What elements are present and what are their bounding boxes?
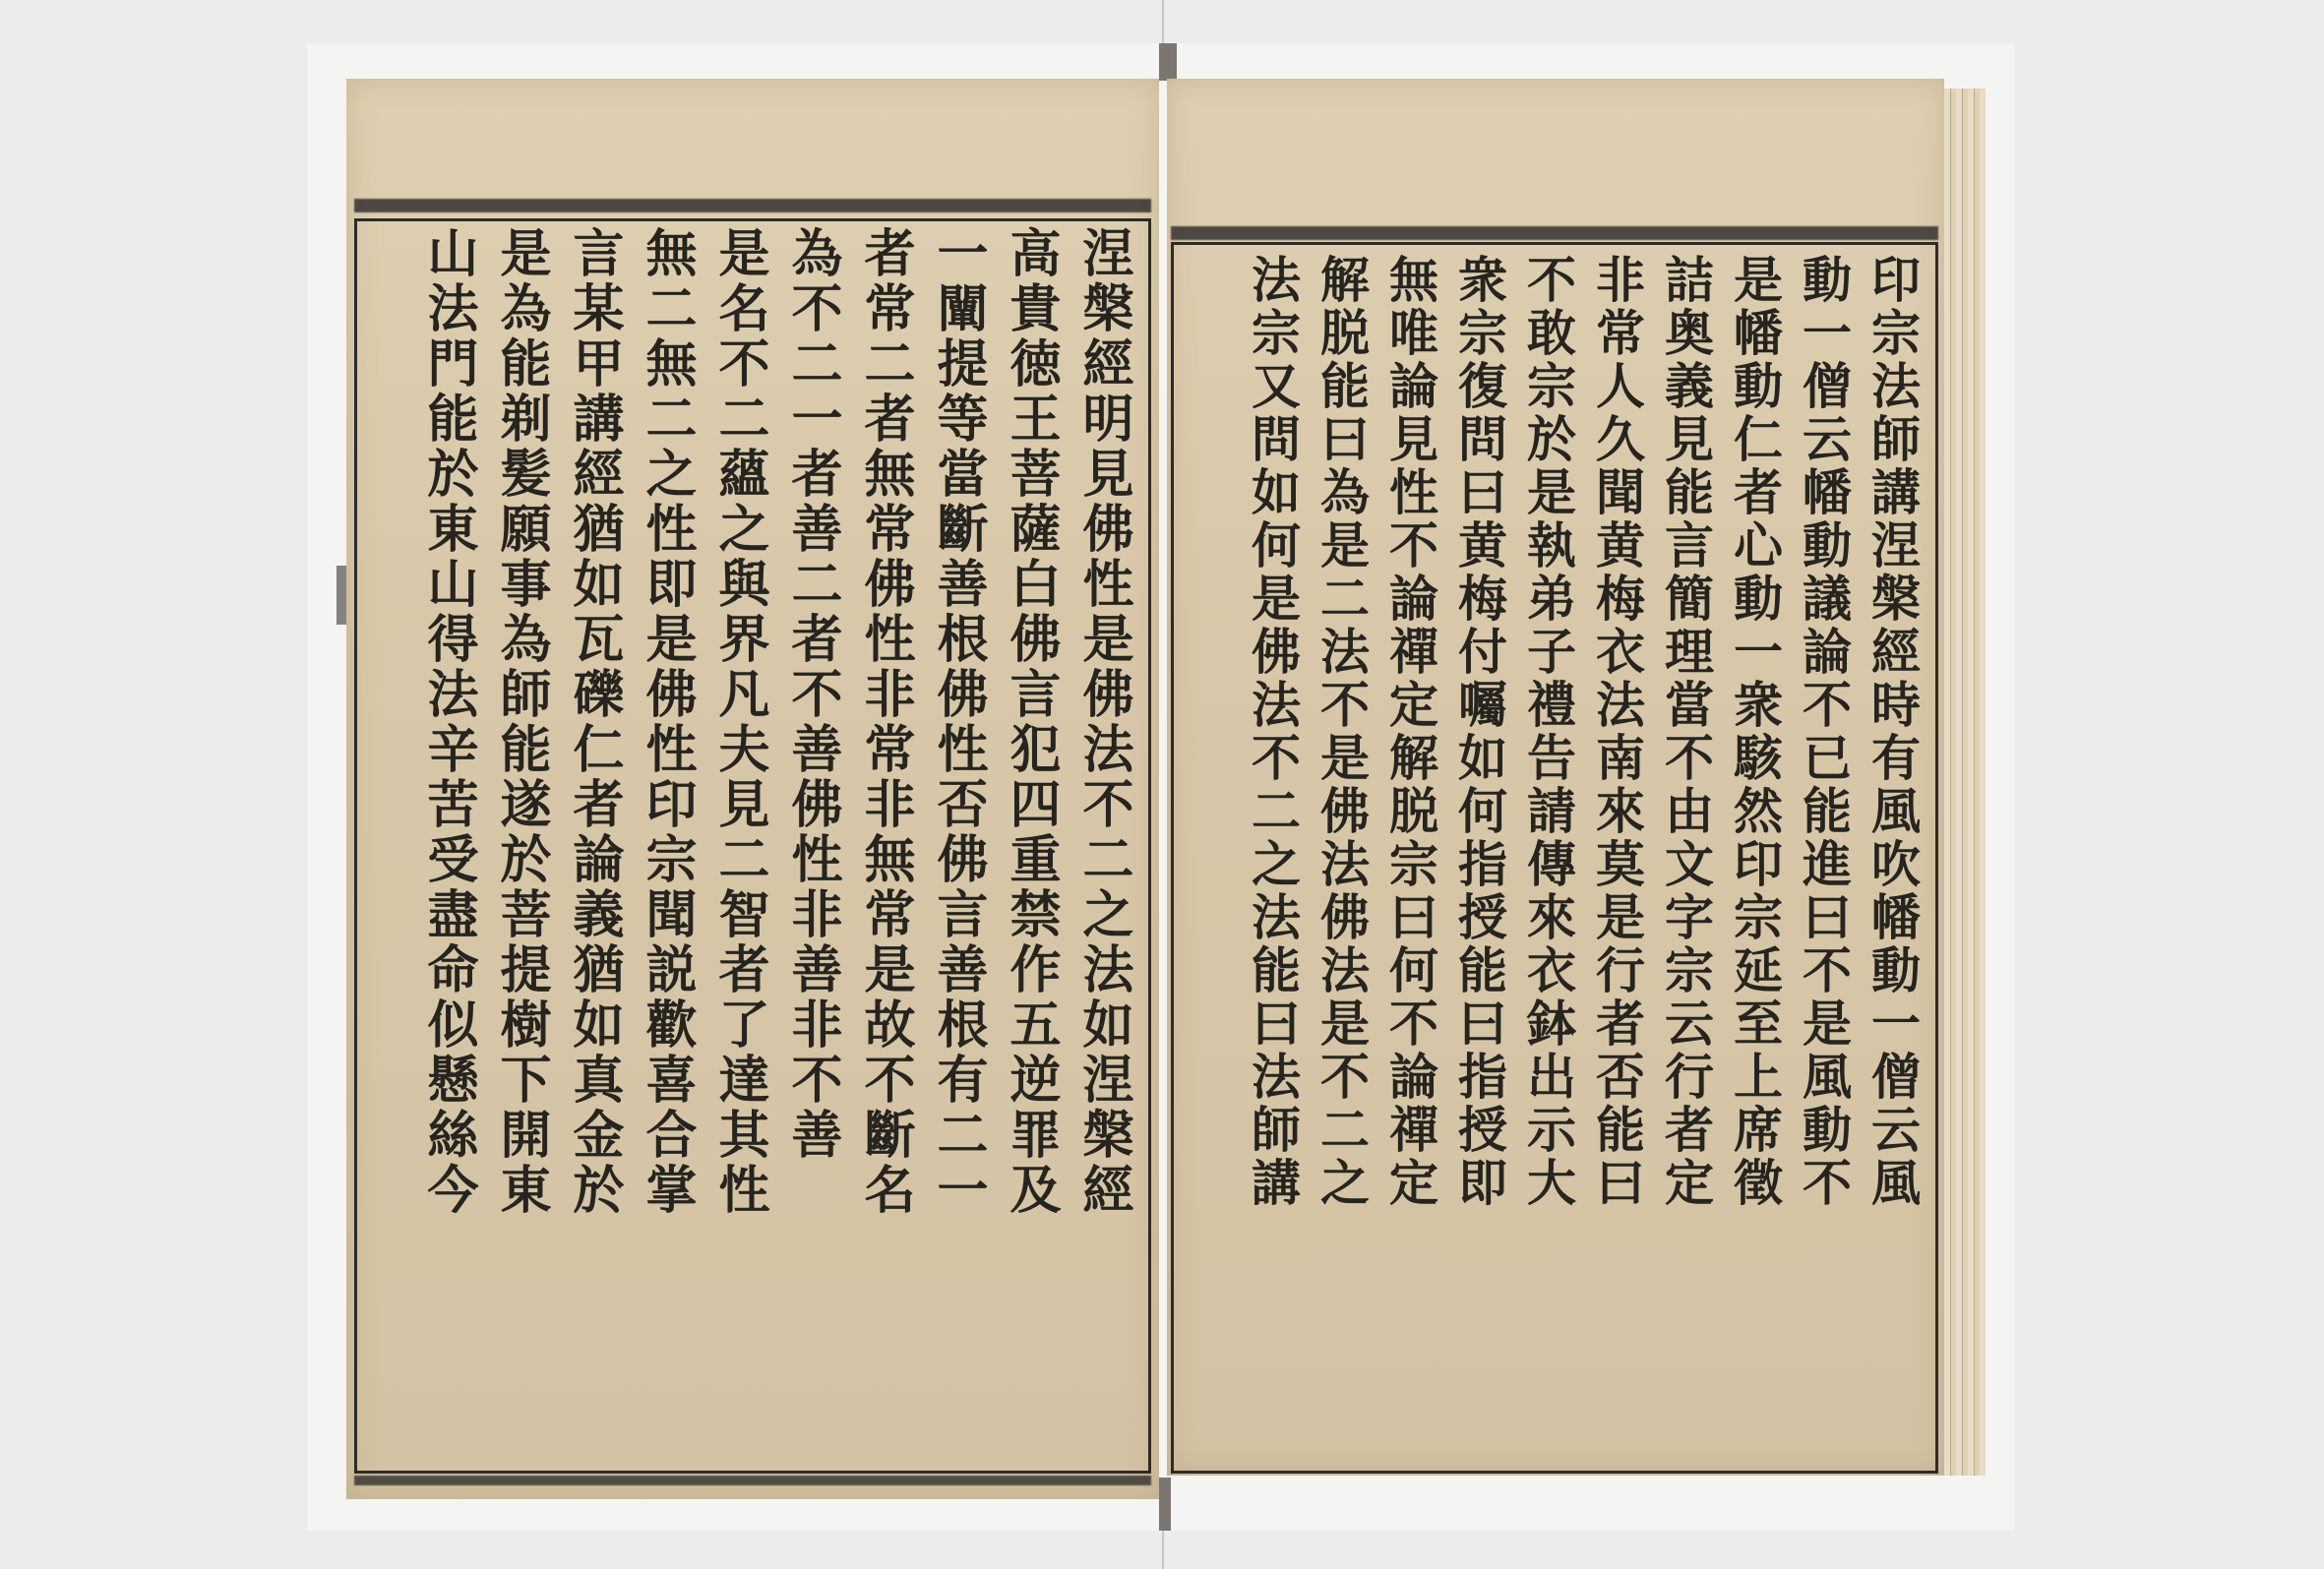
text-column: 是名不二蘊之與界凡夫見二智者了達其性 <box>703 226 775 1456</box>
right-page: 印宗法師講涅槃經時有風吹幡動一僧云風 動一僧云幡動議論不已能進曰不是風動不 是幡… <box>1167 79 1944 1476</box>
text-column: 是幡動仁者心動一衆駭然印宗延至上席徵 <box>1720 254 1789 1464</box>
spine-tab-bottom <box>1159 1478 1171 1531</box>
fold-mark <box>336 566 346 625</box>
text-column: 詰奥義見能言簡理當不由文字宗云行者定 <box>1651 254 1720 1464</box>
right-page-text: 印宗法師講涅槃經時有風吹幡動一僧云風 動一僧云幡動議論不已能進曰不是風動不 是幡… <box>1179 254 1926 1464</box>
text-column: 非常人久聞黄梅衣法南來莫是行者否能曰 <box>1582 254 1651 1464</box>
text-column: 言某甲講經猶如瓦礫仁者論義猶如真金於 <box>557 226 630 1456</box>
bottom-border-rule <box>354 1476 1151 1485</box>
text-column: 山法門能於東山得法辛苦受盡命似懸絲今 <box>411 226 484 1456</box>
page-stack-edges <box>1944 89 1986 1476</box>
text-column: 衆宗復問曰黄梅付囑如何指授能曰指授即 <box>1444 254 1513 1464</box>
text-column: 涅槃經明見佛性是佛法不二之法如涅槃經 <box>1067 226 1139 1456</box>
text-column: 一闡提等當斷善根佛性否佛言善根有二一 <box>921 226 994 1456</box>
text-column: 無二無二之性即是佛性印宗聞説歡喜合掌 <box>630 226 703 1456</box>
spine-tab-top <box>1159 43 1177 81</box>
text-column: 為不二一者善二者不善佛性非善非不善 <box>775 226 848 1456</box>
text-column: 印宗法師講涅槃經時有風吹幡動一僧云風 <box>1858 254 1926 1464</box>
left-page-text: 涅槃經明見佛性是佛法不二之法如涅槃經 高貴徳王菩薩白佛言犯四重禁作五逆罪及 一闡… <box>362 226 1139 1456</box>
top-border-rule <box>354 199 1151 212</box>
text-column: 無唯論見性不論禪定解脱宗曰何不論禪定 <box>1376 254 1444 1464</box>
text-column: 高貴徳王菩薩白佛言犯四重禁作五逆罪及 <box>994 226 1067 1456</box>
text-column: 不敢宗於是執弟子禮告請傳來衣鉢出示大 <box>1513 254 1582 1464</box>
text-column: 法宗又問如何是佛法不二之法能曰法師講 <box>1238 254 1307 1464</box>
text-column: 是為能剃髪願事為師能遂於菩提樹下開東 <box>484 226 557 1456</box>
text-column: 解脱能曰為是二法不是佛法佛法是不二之 <box>1307 254 1376 1464</box>
text-column: 動一僧云幡動議論不已能進曰不是風動不 <box>1789 254 1858 1464</box>
top-border-rule <box>1171 226 1938 240</box>
text-column: 者常二者無常佛性非常非無常是故不斷名 <box>848 226 921 1456</box>
left-page: 涅槃經明見佛性是佛法不二之法如涅槃經 高貴徳王菩薩白佛言犯四重禁作五逆罪及 一闡… <box>346 79 1159 1499</box>
